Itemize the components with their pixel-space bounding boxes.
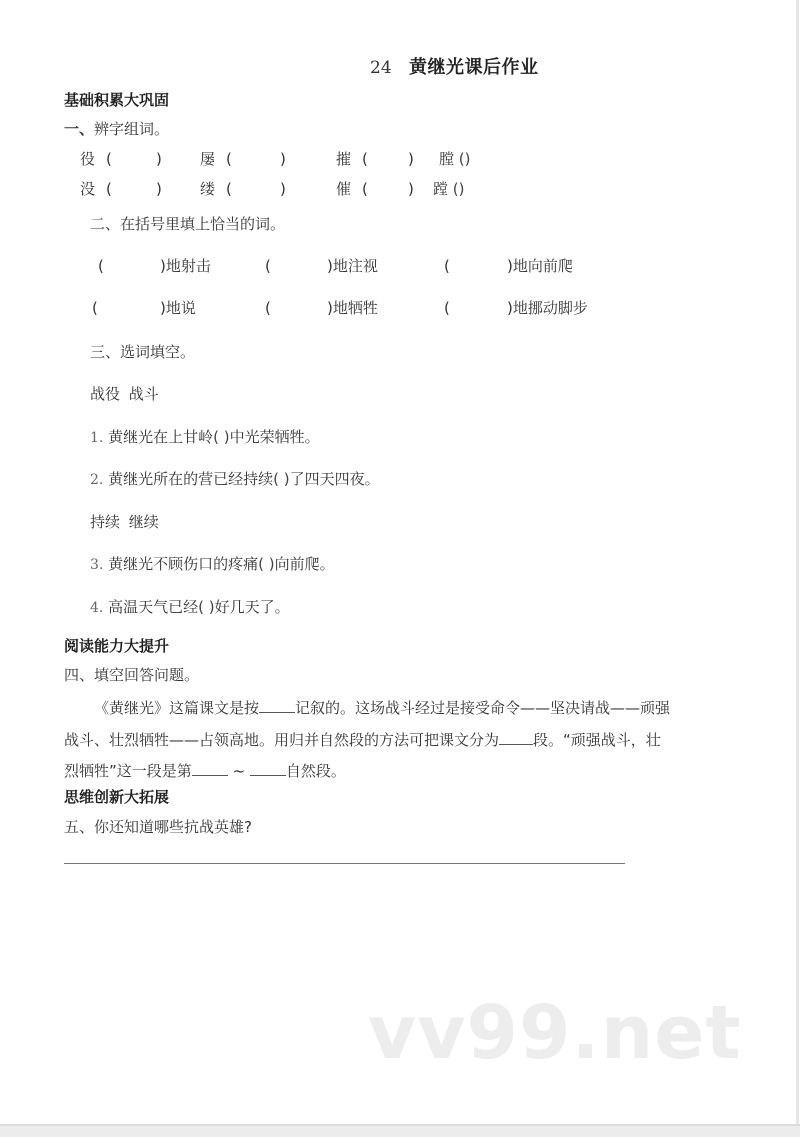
fill-item: )地向前爬 <box>507 259 573 274</box>
sentence-after: 好几天了。 <box>215 598 290 616</box>
fill-item-text: 地射击 <box>166 257 211 275</box>
word-pair-item: 膛 () <box>439 152 471 167</box>
answer-paren-close: ) <box>156 152 162 167</box>
paragraph-text: 自然段。 <box>286 762 346 780</box>
watermark: vv99.net <box>368 996 742 1070</box>
question-2-prompt: 二、在括号里填上恰当的词。 <box>90 217 285 232</box>
paragraph-text: 记叙的。这场战斗经过是接受命令——坚决请战——顽强 <box>295 699 670 717</box>
answer-blank[interactable] <box>499 730 533 745</box>
item-number: 4. <box>90 600 103 616</box>
sentence-before: 高温天气已经 <box>108 598 198 616</box>
answer-paren-close: ) <box>280 182 286 197</box>
target-character: 役 <box>80 150 95 168</box>
reading-paragraph-line-1: 《黄继光》这篇课文是按记叙的。这场战斗经过是接受命令——坚决请战——顽强 <box>94 698 670 716</box>
target-character: 没 <box>80 180 95 198</box>
answer-line[interactable] <box>64 863 625 864</box>
answer-paren[interactable]: ( <box>362 152 368 167</box>
answer-paren-close: ) <box>408 152 414 167</box>
fill-item: )地射击 <box>160 259 211 274</box>
fill-item: )地说 <box>160 301 196 316</box>
fill-item: )地牺牲 <box>327 301 378 316</box>
fill-paren-open[interactable]: ( <box>444 301 450 316</box>
answer-paren[interactable]: ( <box>106 152 112 167</box>
worksheet-page: 24 黄继光课后作业 基础积累大巩固 一、辨字组词。 役 ( ) 屡 ( ) 摧… <box>0 0 799 1124</box>
answer-paren[interactable]: ( ) <box>273 470 289 488</box>
target-character: 摧 <box>336 150 351 168</box>
answer-paren[interactable]: ( <box>226 182 232 197</box>
section-heading-reading: 阅读能力大提升 <box>64 639 169 654</box>
answer-paren[interactable]: ( <box>226 152 232 167</box>
page-bottom-edge <box>0 1124 800 1137</box>
fill-item: )地挪动脚步 <box>507 301 588 316</box>
sentence-before: 黄继光在上甘岭 <box>108 428 213 446</box>
answer-paren[interactable]: () <box>453 180 465 198</box>
answer-paren-close: ) <box>156 182 162 197</box>
word-pair-item: 缕 <box>200 182 215 197</box>
question-1-prompt: 一、辨字组词。 <box>64 122 169 137</box>
word-pair-item: 催 <box>336 182 351 197</box>
question-1-label: 一、 <box>64 120 94 138</box>
fill-sentence-2: 2. 黄继光所在的营已经持续( )了四天四夜。 <box>90 472 380 487</box>
reading-paragraph-line-3: 烈牺牲”这一段是第 ~ 自然段。 <box>64 761 346 779</box>
answer-paren-close: ) <box>408 182 414 197</box>
fill-sentence-4: 4. 高温天气已经( )好几天了。 <box>90 600 290 615</box>
answer-paren[interactable]: ( ) <box>213 428 229 446</box>
word-choice-group-2: 持续 继续 <box>90 515 159 530</box>
paragraph-text: 战斗、壮烈牺牲——占领高地。用归并自然段的方法可把课文分为 <box>64 731 499 749</box>
sentence-before: 黄继光所在的营已经持续 <box>108 470 273 488</box>
word-pair-item: 蹚 () <box>433 182 465 197</box>
word-pair-item: 役 <box>80 152 95 167</box>
fill-item-text: 地牺牲 <box>333 299 378 317</box>
answer-paren[interactable]: ( ) <box>198 598 214 616</box>
question-4-prompt: 四、填空回答问题。 <box>64 668 199 683</box>
item-number: 3. <box>90 557 103 573</box>
answer-blank[interactable] <box>259 698 295 713</box>
fill-item-text: 地注视 <box>333 257 378 275</box>
answer-paren-close: ) <box>280 152 286 167</box>
sentence-after: 了四天四夜。 <box>290 470 380 488</box>
sentence-after: 中光荣牺牲。 <box>230 428 320 446</box>
word-pair-item: 屡 <box>200 152 215 167</box>
word-choice-group-1: 战役 战斗 <box>90 387 159 402</box>
page-title: 黄继光课后作业 <box>409 59 539 77</box>
sentence-after: 向前爬。 <box>275 555 335 573</box>
fill-paren-open[interactable]: ( <box>265 301 271 316</box>
question-5-prompt: 五、你还知道哪些抗战英雄? <box>64 820 252 835</box>
word-pair-item: 摧 <box>336 152 351 167</box>
target-character: 蹚 <box>433 180 448 198</box>
sentence-before: 黄继光不顾伤口的疼痛 <box>108 555 258 573</box>
question-1-text: 辨字组词。 <box>94 120 169 138</box>
fill-item-text: 地挪动脚步 <box>513 299 588 317</box>
answer-paren[interactable]: ( ) <box>258 555 274 573</box>
item-number: 1. <box>90 430 103 446</box>
answer-paren[interactable]: ( <box>106 182 112 197</box>
target-character: 屡 <box>200 150 215 168</box>
fill-item-text: 地向前爬 <box>513 257 573 275</box>
paragraph-text: 段。“顽强战斗，壮 <box>533 731 661 749</box>
fill-sentence-3: 3. 黄继光不顾伤口的疼痛( )向前爬。 <box>90 557 335 572</box>
target-character: 缕 <box>200 180 215 198</box>
lesson-number: 24 <box>370 60 392 77</box>
answer-blank[interactable] <box>250 761 286 776</box>
paragraph-text: 《黄继光》这篇课文是按 <box>94 699 259 717</box>
fill-item-text: 地说 <box>166 299 196 317</box>
question-3-prompt: 三、选词填空。 <box>90 345 195 360</box>
fill-paren-open[interactable]: ( <box>265 259 271 274</box>
fill-item: )地注视 <box>327 259 378 274</box>
item-number: 2. <box>90 472 103 488</box>
section-heading-creative: 思维创新大拓展 <box>64 790 169 805</box>
section-heading-basic: 基础积累大巩固 <box>64 93 169 108</box>
fill-paren-open[interactable]: ( <box>92 301 98 316</box>
answer-paren[interactable]: () <box>459 150 471 168</box>
range-tilde: ~ <box>233 762 246 780</box>
word-pair-item: 没 <box>80 182 95 197</box>
target-character: 膛 <box>439 150 454 168</box>
fill-paren-open[interactable]: ( <box>98 259 104 274</box>
fill-sentence-1: 1. 黄继光在上甘岭( )中光荣牺牲。 <box>90 430 320 445</box>
reading-paragraph-line-2: 战斗、壮烈牺牲——占领高地。用归并自然段的方法可把课文分为段。“顽强战斗，壮 <box>64 730 661 748</box>
answer-blank[interactable] <box>192 761 228 776</box>
fill-paren-open[interactable]: ( <box>444 259 450 274</box>
target-character: 催 <box>336 180 351 198</box>
paragraph-text: 烈牺牲”这一段是第 <box>64 762 192 780</box>
answer-paren[interactable]: ( <box>362 182 368 197</box>
